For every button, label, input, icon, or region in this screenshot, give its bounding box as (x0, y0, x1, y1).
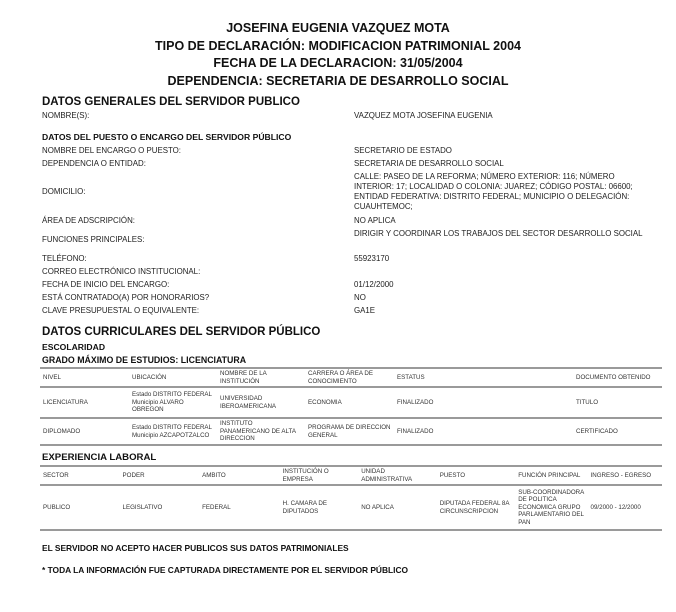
cell: Estado DISTRITO FEDERAL Municipio ALVARO… (129, 387, 217, 418)
col-header: NOMBRE DE LA INSTITUCIÓN (217, 368, 305, 387)
field-label: NOMBRE(S): (42, 111, 89, 121)
table-header-row: SECTOR PODER AMBITO INSTITUCIÓN O EMPRES… (40, 466, 662, 485)
declaration-type: TIPO DE DECLARACIÓN: MODIFICACION PATRIM… (0, 38, 676, 56)
cell: LICENCIATURA (40, 387, 129, 418)
cell: TITULO (573, 387, 662, 418)
cell: SUB-COORDINADORA DE POLITICA ECONOMICA G… (515, 485, 587, 530)
cell: PROGRAMA DE DIRECCION GENERAL (305, 418, 394, 445)
field-label: ESTÁ CONTRATADO(A) POR HONORARIOS? (42, 293, 209, 303)
cell: NO APLICA (358, 485, 437, 530)
col-header: INSTITUCIÓN O EMPRESA (280, 466, 359, 485)
field-label: FECHA DE INICIO DEL ENCARGO: (42, 280, 169, 290)
field-value: SECRETARIA DE DESARROLLO SOCIAL (354, 159, 654, 169)
field-label: CLAVE PRESUPUESTAL O EQUIVALENTE: (42, 306, 199, 316)
col-header: UNIDAD ADMINISTRATIVA (358, 466, 437, 485)
col-header: PODER (120, 466, 200, 485)
cell: 09/2000 - 12/2000 (588, 485, 662, 530)
patrimonial-note: EL SERVIDOR NO ACEPTO HACER PUBLICOS SUS… (42, 543, 349, 553)
section-position-title: DATOS DEL PUESTO O ENCARGO DEL SERVIDOR … (42, 132, 291, 142)
schooling-title: ESCOLARIDAD (42, 342, 105, 352)
cell: FEDERAL (199, 485, 280, 530)
field-label: TELÉFONO: (42, 254, 87, 264)
table-row: LICENCIATURA Estado DISTRITO FEDERAL Mun… (40, 387, 662, 418)
field-label: FUNCIONES PRINCIPALES: (42, 235, 144, 245)
field-value: GA1E (354, 306, 654, 316)
col-header: AMBITO (199, 466, 280, 485)
col-header: DOCUMENTO OBTENIDO (573, 368, 662, 387)
cell: DIPUTADA FEDERAL 8A CIRCUNSCRIPCION (437, 485, 516, 530)
experience-table: SECTOR PODER AMBITO INSTITUCIÓN O EMPRES… (40, 465, 662, 531)
field-label: ÁREA DE ADSCRIPCIÓN: (42, 216, 135, 226)
col-header: CARRERA O ÁREA DE CONOCIMIENTO (305, 368, 394, 387)
col-header: PUESTO (437, 466, 516, 485)
cell (482, 387, 573, 418)
cell: UNIVERSIDAD IBEROAMERICANA (217, 387, 305, 418)
disclaimer-note: * TODA LA INFORMACIÓN FUE CAPTURADA DIRE… (42, 565, 408, 575)
cell: LEGISLATIVO (120, 485, 200, 530)
col-header: NIVEL (40, 368, 129, 387)
table-row: PUBLICO LEGISLATIVO FEDERAL H. CAMARA DE… (40, 485, 662, 530)
field-value: 55923170 (354, 254, 654, 264)
cell: FINALIZADO (394, 418, 482, 445)
field-value: NO APLICA (354, 216, 654, 226)
col-header: INGRESO - EGRESO (588, 466, 662, 485)
cell (482, 418, 573, 445)
field-label: NOMBRE DEL ENCARGO O PUESTO: (42, 146, 181, 156)
field-value: SECRETARIO DE ESTADO (354, 146, 654, 156)
cell: INSTITUTO PANAMERICANO DE ALTA DIRECCION (217, 418, 305, 445)
field-label: DEPENDENCIA O ENTIDAD: (42, 159, 146, 169)
declarant-name: JOSEFINA EUGENIA VAZQUEZ MOTA (0, 20, 676, 38)
table-row: DIPLOMADO Estado DISTRITO FEDERAL Munici… (40, 418, 662, 445)
col-header: FUNCIÓN PRINCIPAL (515, 466, 587, 485)
field-value: CALLE: PASEO DE LA REFORMA; NÚMERO EXTER… (354, 172, 654, 212)
field-label: DOMICILIO: (42, 187, 85, 197)
cell: FINALIZADO (394, 387, 482, 418)
education-table: NIVEL UBICACIÓN NOMBRE DE LA INSTITUCIÓN… (40, 367, 662, 446)
section-experience-title: EXPERIENCIA LABORAL (42, 452, 156, 463)
field-label: CORREO ELECTRÓNICO INSTITUCIONAL: (42, 267, 200, 277)
table-header-row: NIVEL UBICACIÓN NOMBRE DE LA INSTITUCIÓN… (40, 368, 662, 387)
agency: DEPENDENCIA: SECRETARIA DE DESARROLLO SO… (0, 73, 676, 91)
section-general-title: DATOS GENERALES DEL SERVIDOR PUBLICO (42, 96, 300, 108)
cell: H. CAMARA DE DIPUTADOS (280, 485, 359, 530)
col-header: ESTATUS (394, 368, 482, 387)
document-header: JOSEFINA EUGENIA VAZQUEZ MOTA TIPO DE DE… (0, 20, 676, 90)
declaration-date: FECHA DE LA DECLARACION: 31/05/2004 (0, 55, 676, 73)
section-curricular-title: DATOS CURRICULARES DEL SERVIDOR PÚBLICO (42, 326, 320, 338)
col-header: UBICACIÓN (129, 368, 217, 387)
cell: DIPLOMADO (40, 418, 129, 445)
col-header (482, 368, 573, 387)
cell: Estado DISTRITO FEDERAL Municipio AZCAPO… (129, 418, 217, 445)
field-value: VAZQUEZ MOTA JOSEFINA EUGENIA (354, 111, 654, 121)
cell: PUBLICO (40, 485, 120, 530)
col-header: SECTOR (40, 466, 120, 485)
field-value: DIRIGIR Y COORDINAR LOS TRABAJOS DEL SEC… (354, 229, 654, 239)
field-value: NO (354, 293, 654, 303)
field-value: 01/12/2000 (354, 280, 654, 290)
cell: ECONOMIA (305, 387, 394, 418)
max-degree: GRADO MÁXIMO DE ESTUDIOS: LICENCIATURA (42, 355, 246, 365)
cell: CERTIFICADO (573, 418, 662, 445)
